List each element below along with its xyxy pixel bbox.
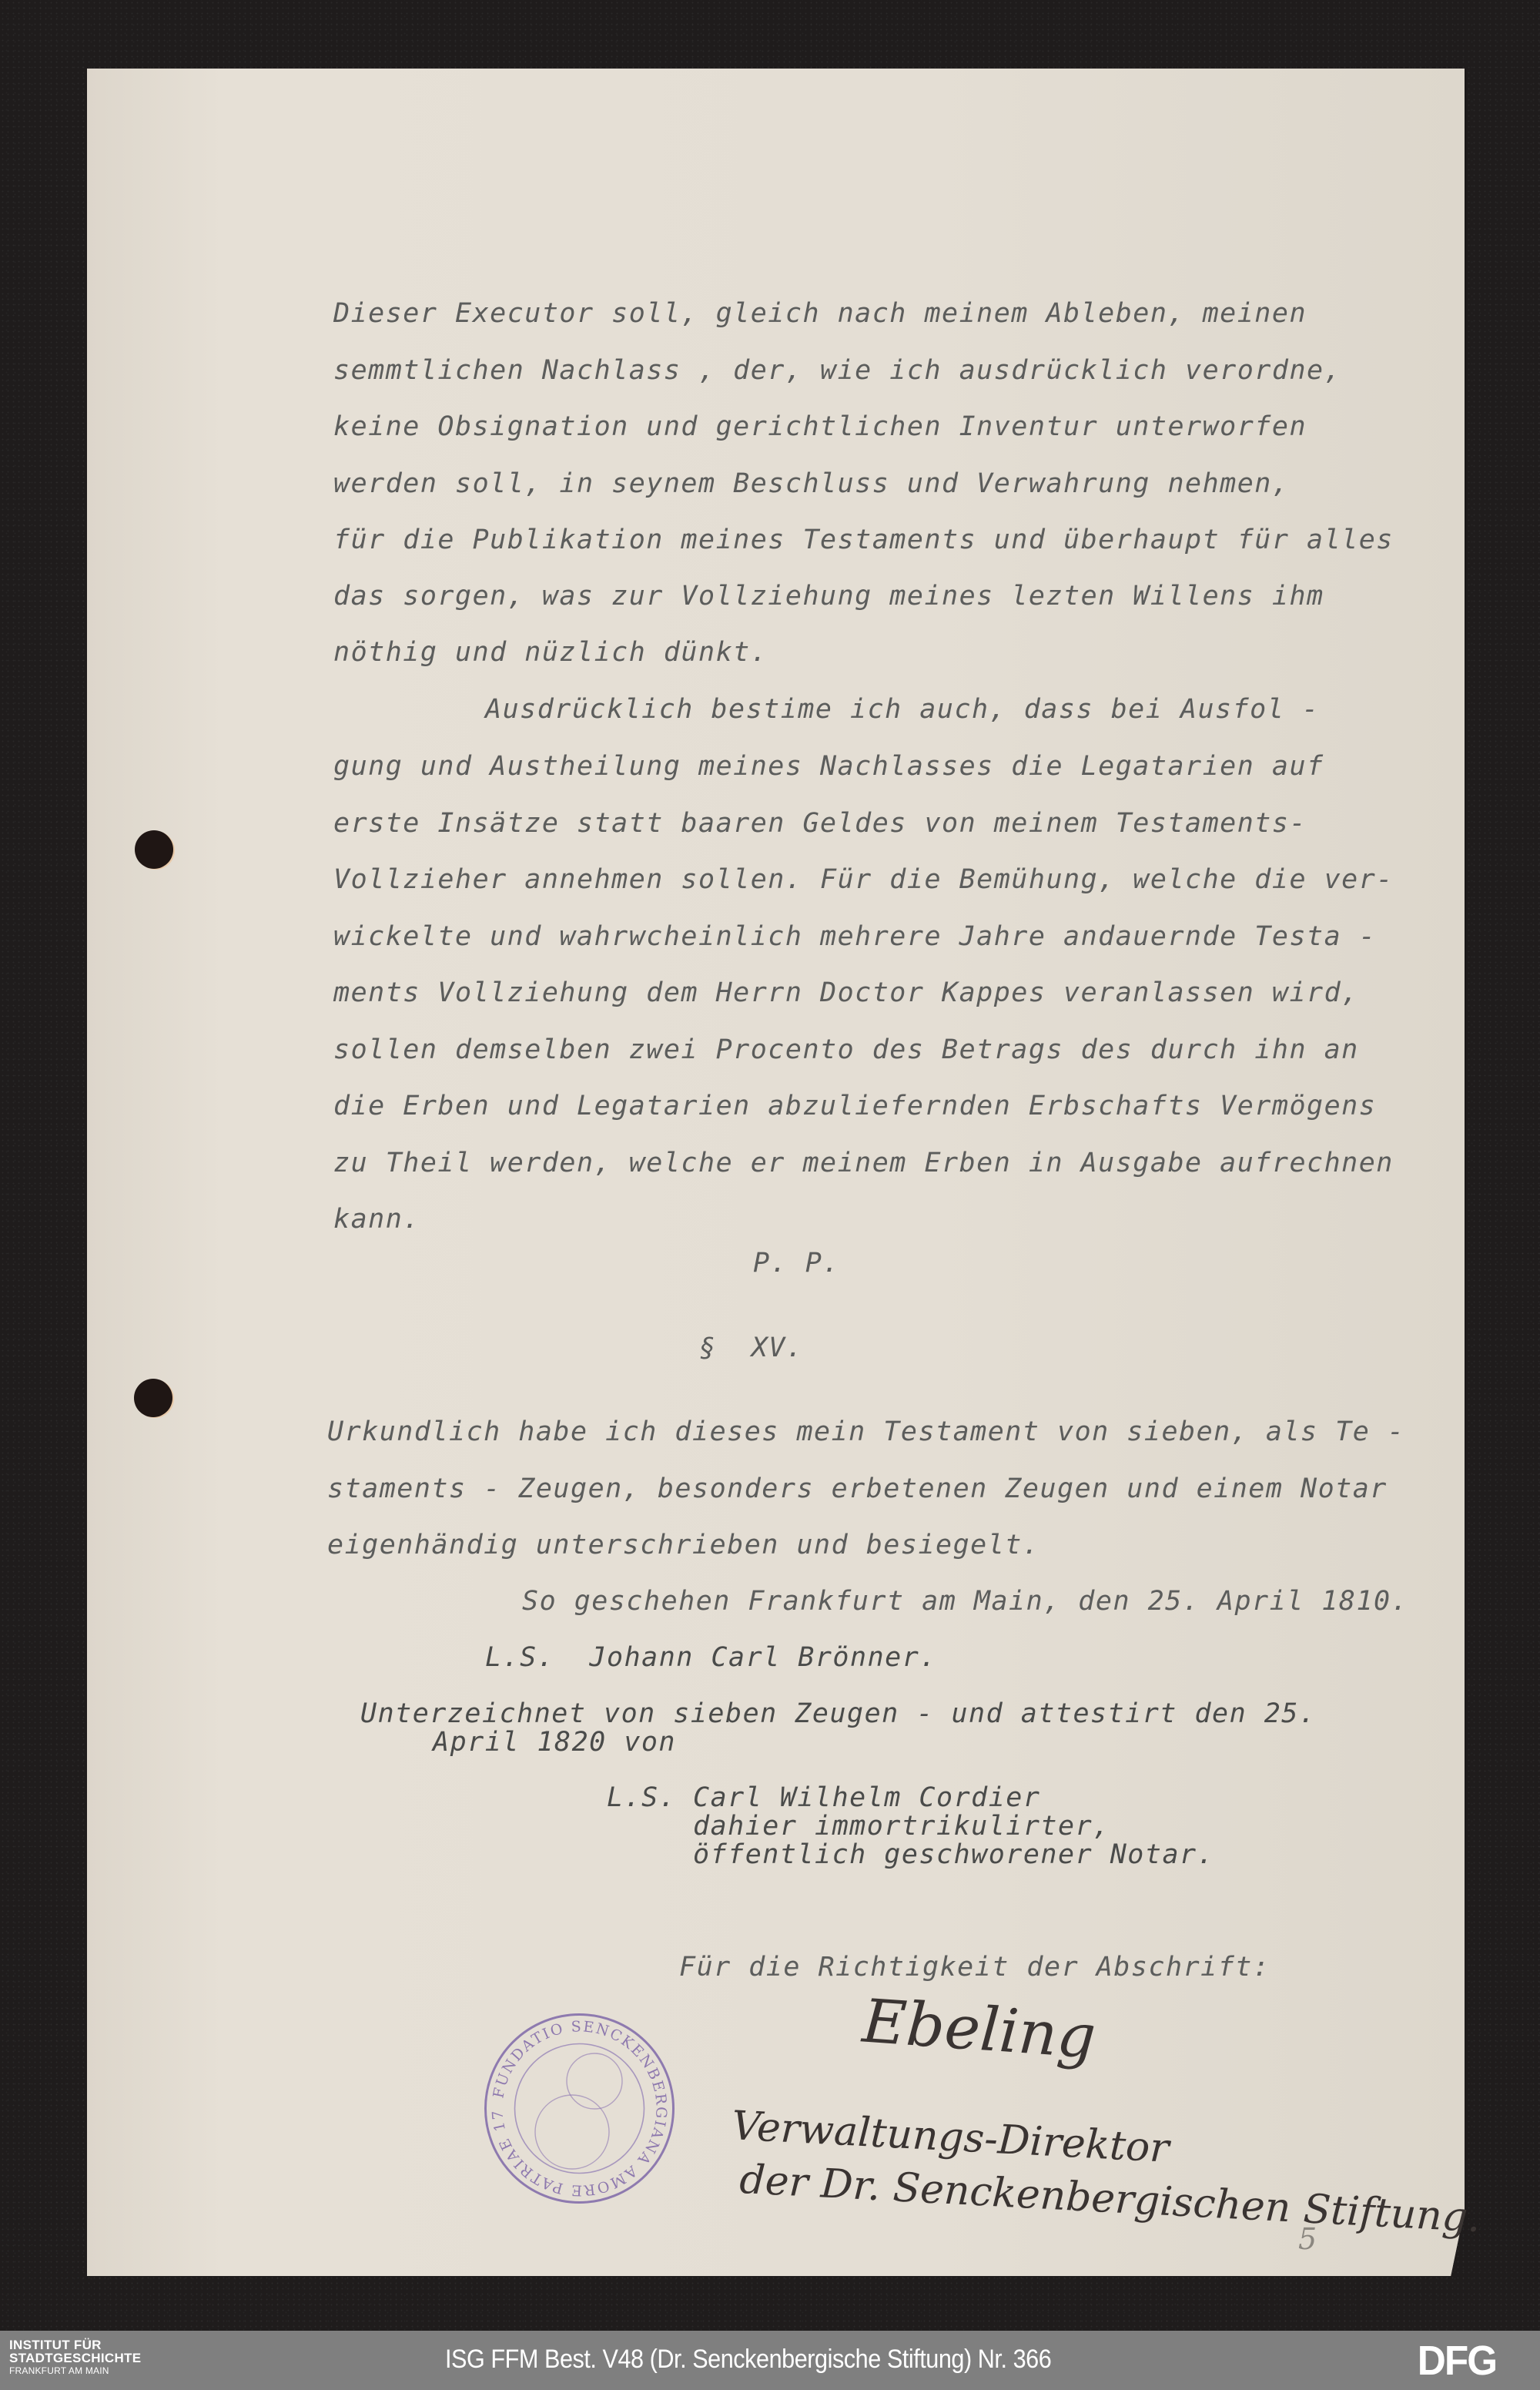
text-line: keine Obsignation und gerichtlichen Inve… bbox=[333, 414, 1307, 441]
text-line: nöthig und nüzlich dünkt. bbox=[333, 639, 768, 666]
dfg-logo-icon: DFG bbox=[1418, 2340, 1497, 2382]
archive-reference-title: ISG FFM Best. V48 (Dr. Senckenbergische … bbox=[445, 2345, 1051, 2375]
text-line: dahier immortrikulirter, bbox=[693, 1813, 1110, 1840]
institution-line3: FRANKFURT AM MAIN bbox=[9, 2365, 141, 2378]
page-number: 5 bbox=[1298, 2222, 1317, 2256]
notary-seal-ls: L.S. bbox=[607, 1785, 676, 1812]
text-line: kann. bbox=[333, 1206, 420, 1233]
text-line: wickelte und wahrwcheinlich mehrere Jahr… bbox=[333, 923, 1376, 950]
testator-signature-line: L.S. Johann Carl Brönner. bbox=[485, 1644, 937, 1671]
text-line: Unterzeichnet von sieben Zeugen - und at… bbox=[360, 1701, 1316, 1728]
section-heading: § XV. bbox=[699, 1335, 803, 1362]
institution-line2: STADTGESCHICHTE bbox=[9, 2351, 141, 2365]
text-line: Vollzieher annehmen sollen. Für die Bemü… bbox=[333, 867, 1394, 893]
text-line: Carl Wilhelm Cordier bbox=[693, 1785, 1040, 1812]
text-line: semmtlichen Nachlass , der, wie ich ausd… bbox=[333, 357, 1341, 384]
certification-line: Für die Richtigkeit der Abschrift: bbox=[679, 1954, 1270, 1981]
institution-logo: INSTITUT FÜR STADTGESCHICHTE FRANKFURT A… bbox=[9, 2338, 141, 2378]
text-line: werden soll, in seynem Beschluss und Ver… bbox=[333, 471, 1289, 498]
text-line: staments - Zeugen, besonders erbetenen Z… bbox=[327, 1476, 1388, 1503]
text-line: Dieser Executor soll, gleich nach meinem… bbox=[333, 300, 1307, 327]
text-line: für die Publikation meines Testaments un… bbox=[333, 527, 1394, 554]
text-line: ments Vollziehung dem Herrn Doctor Kappe… bbox=[333, 980, 1359, 1007]
text-line: Ausdrücklich bestime ich auch, dass bei … bbox=[485, 696, 1319, 723]
text-line: das sorgen, was zur Vollziehung meines l… bbox=[333, 583, 1324, 610]
punch-hole-bottom bbox=[134, 1379, 172, 1417]
text-line: April 1820 von bbox=[433, 1729, 676, 1756]
institution-line1: INSTITUT FÜR bbox=[9, 2338, 141, 2351]
text-line: eigenhändig unterschrieben und besiegelt… bbox=[327, 1532, 1039, 1559]
text-line: die Erben und Legatarien abzuliefernden … bbox=[333, 1093, 1376, 1120]
text-line: Urkundlich habe ich dieses mein Testamen… bbox=[327, 1419, 1404, 1446]
text-line: erste Insätze statt baaren Geldes von me… bbox=[333, 810, 1307, 837]
foundation-seal-stamp-icon: FUNDATIO SENCKENBERGIANA AMORE PATRIAE 1… bbox=[481, 2010, 678, 2207]
punch-hole-top bbox=[135, 830, 173, 869]
place-date-line: So geschehen Frankfurt am Main, den 25. … bbox=[522, 1588, 1408, 1615]
pp-marker: P. P. bbox=[753, 1250, 840, 1277]
text-line: öffentlich geschworener Notar. bbox=[693, 1842, 1214, 1869]
text-line: gung und Austheilung meines Nachlasses d… bbox=[333, 753, 1324, 780]
text-line: zu Theil werden, welche er meinem Erben … bbox=[333, 1150, 1394, 1177]
text-line: sollen demselben zwei Procento des Betra… bbox=[333, 1037, 1359, 1064]
footer-bar: INSTITUT FÜR STADTGESCHICHTE FRANKFURT A… bbox=[0, 2331, 1540, 2390]
